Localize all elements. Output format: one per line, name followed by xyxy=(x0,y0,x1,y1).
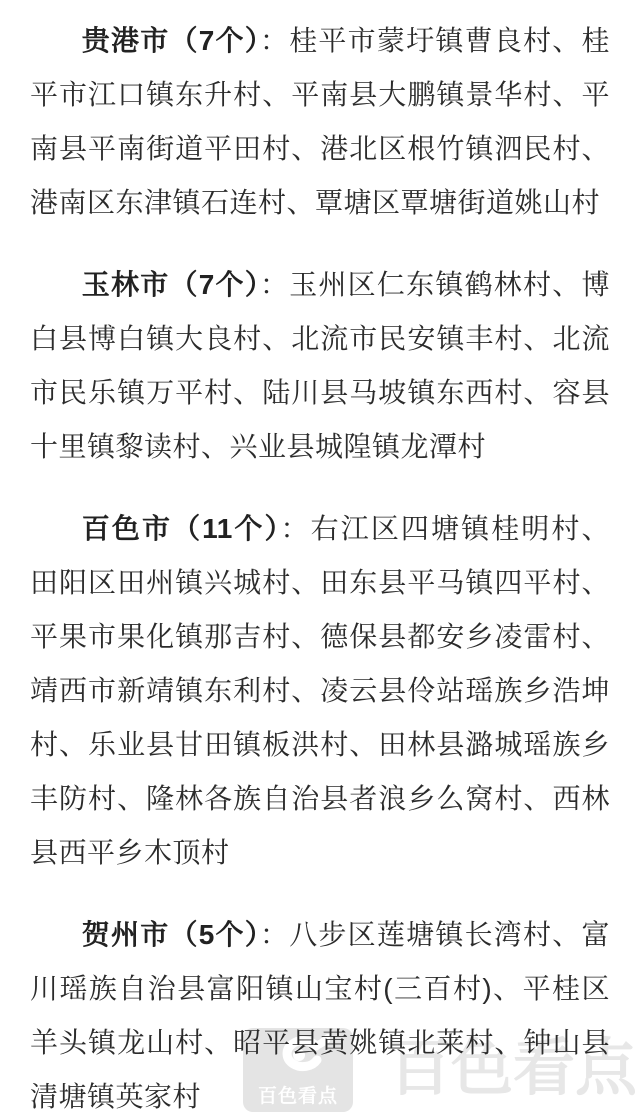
village-list-baise: 右江区四塘镇桂明村、田阳区田州镇兴城村、田东县平马镇四平村、平果市果化镇那吉村、… xyxy=(30,513,610,868)
paragraph-baise: 百色市（11个）：右江区四塘镇桂明村、田阳区田州镇兴城村、田东县平马镇四平村、平… xyxy=(30,502,610,880)
paragraph-hezhou: 贺州市（5个）：八步区莲塘镇长湾村、富川瑶族自治县富阳镇山宝村(三百村)、平桂区… xyxy=(30,908,610,1116)
article-body: 贵港市（7个）：桂平市蒙圩镇曹良村、桂平市江口镇东升村、平南县大鹏镇景华村、平南… xyxy=(0,0,640,1116)
colon: ： xyxy=(260,919,289,950)
colon: ： xyxy=(260,25,289,56)
city-title-hezhou: 贺州市（5个） xyxy=(82,919,260,950)
city-title-yulin: 玉林市（7个） xyxy=(82,269,260,300)
colon: ： xyxy=(281,513,311,544)
paragraph-guigang: 贵港市（7个）：桂平市蒙圩镇曹良村、桂平市江口镇东升村、平南县大鹏镇景华村、平南… xyxy=(30,14,610,230)
paragraph-yulin: 玉林市（7个）：玉州区仁东镇鹤林村、博白县博白镇大良村、北流市民安镇丰村、北流市… xyxy=(30,258,610,474)
city-title-baise: 百色市（11个） xyxy=(82,513,281,544)
colon: ： xyxy=(260,269,289,300)
city-title-guigang: 贵港市（7个） xyxy=(82,25,260,56)
